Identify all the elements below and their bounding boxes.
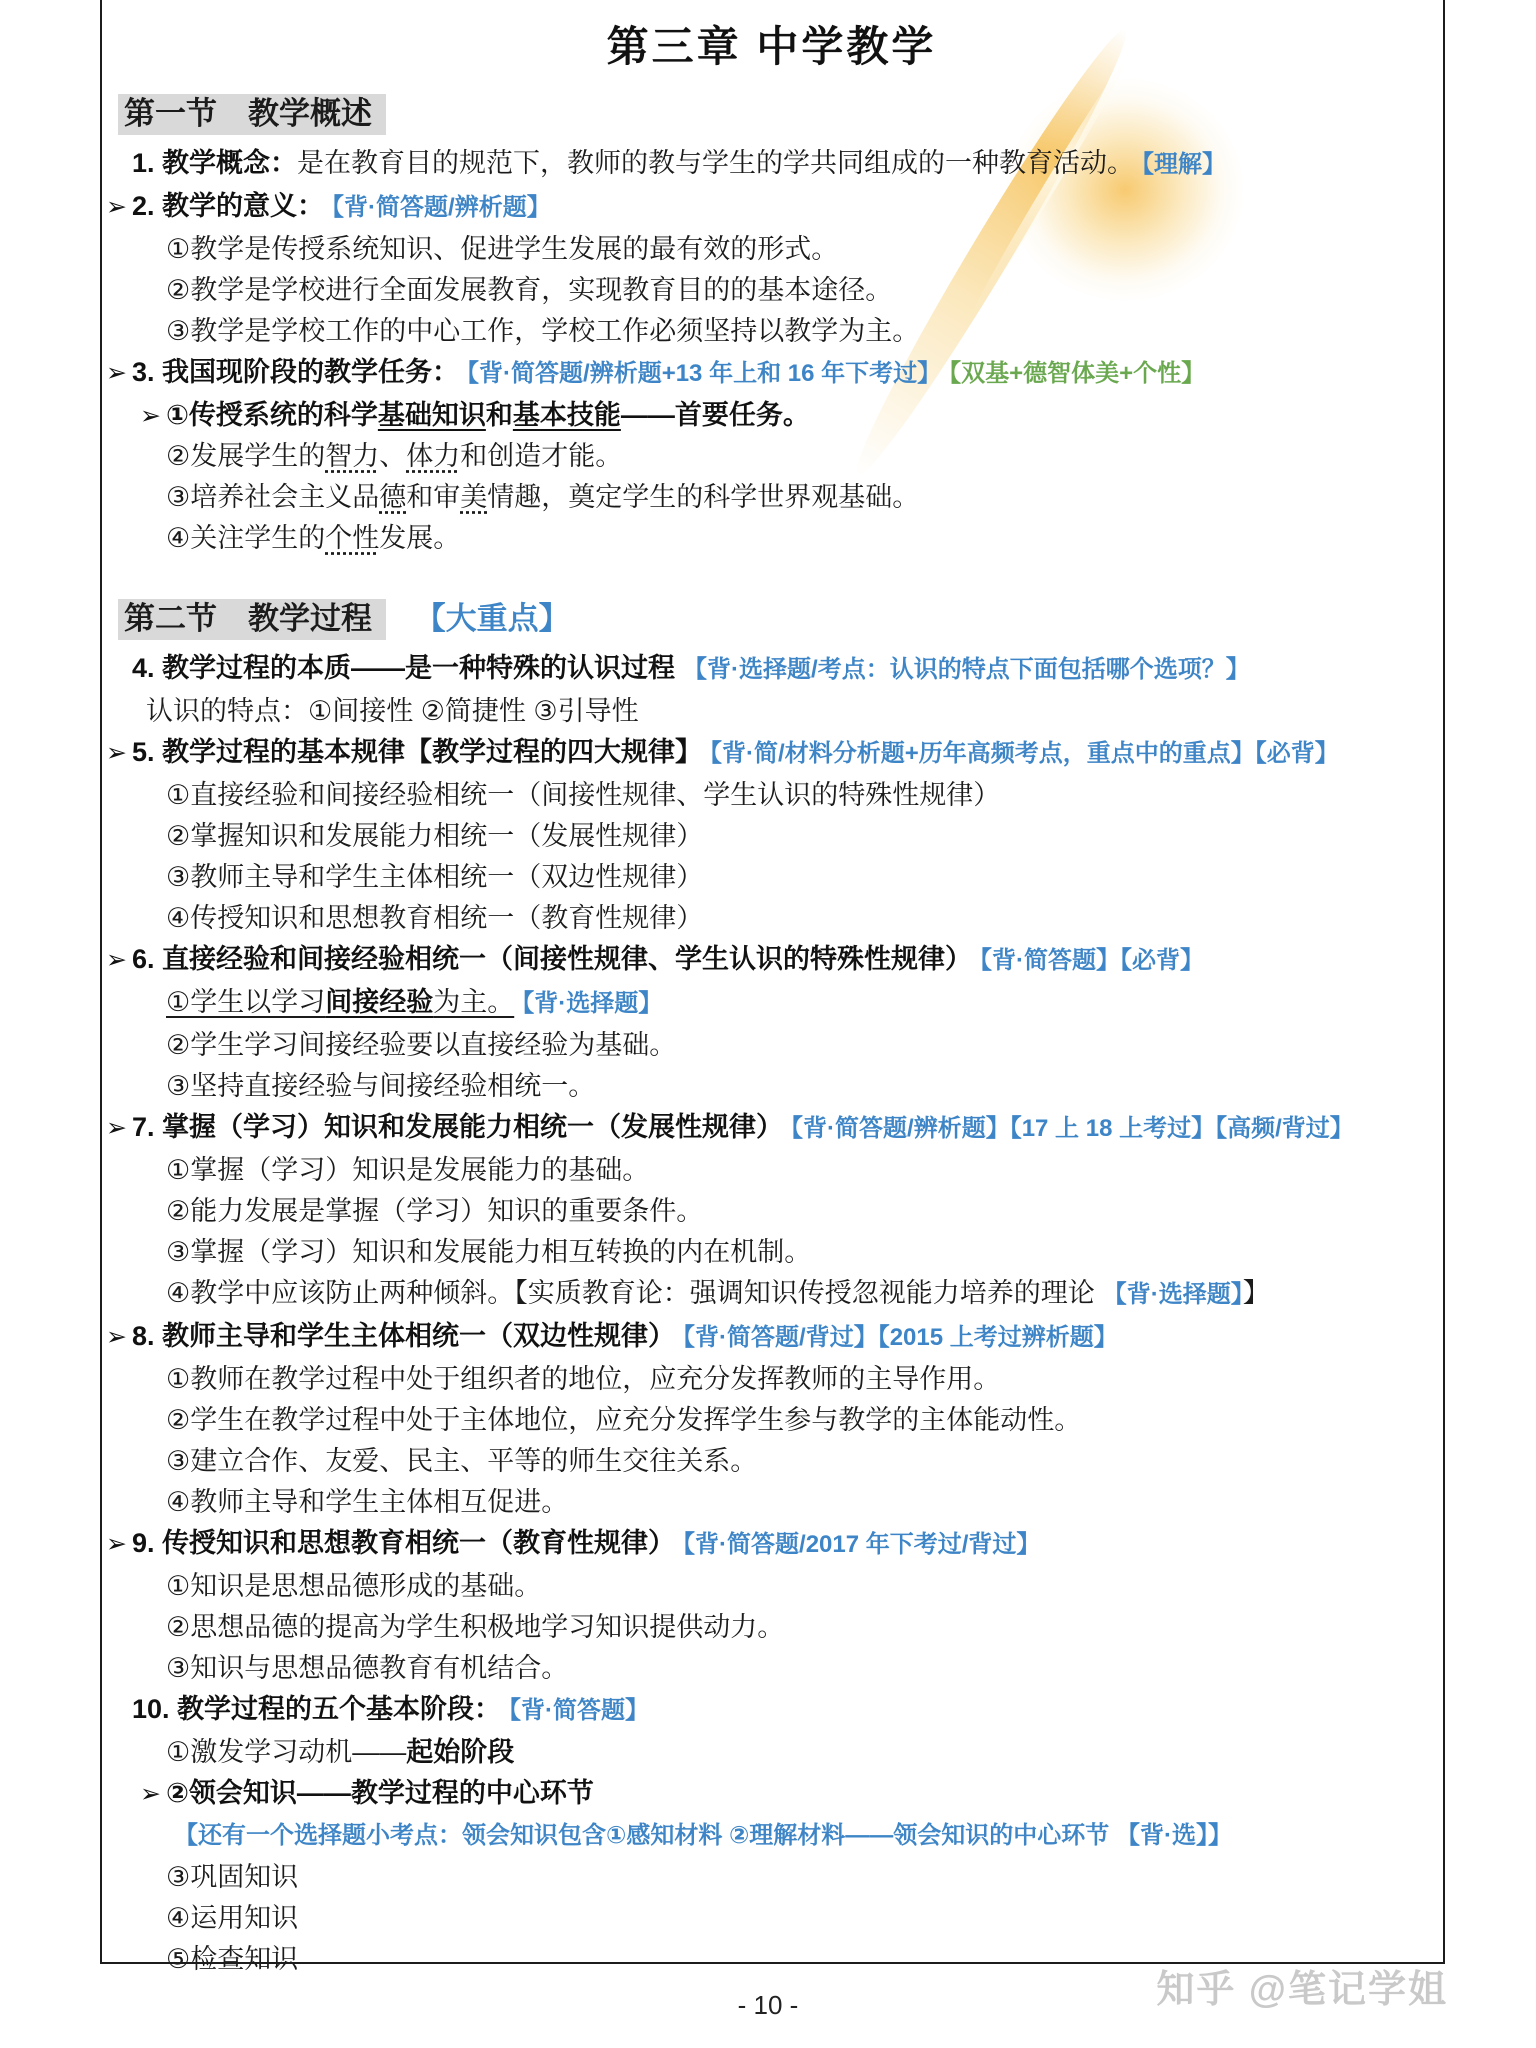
- text-segment: 【双基+德智体美+个性】: [949, 360, 1205, 387]
- content-line: ①直接经验和间接经验相统一（间接性规律、学生认识的特殊性规律）: [102, 780, 1441, 810]
- content-line: ①教师在教学过程中处于组织者的地位，应充分发挥教师的主导作用。: [102, 1364, 1441, 1394]
- text-segment: 和审: [406, 482, 460, 512]
- content-line: ①学生以学习间接经验为主。【背·选择题】: [102, 987, 1441, 1019]
- arrow-bullet-icon: ➢: [140, 401, 161, 431]
- text-segment: 体力: [406, 441, 460, 471]
- text-segment: 【背·简/材料分析题+历年高频考点，重点中的重点】【必背】: [710, 740, 1339, 767]
- text-segment: 智力: [325, 441, 379, 471]
- arrow-bullet-icon: ➢: [106, 945, 127, 975]
- text-segment: 6. 直接经验和间接经验相统一（间接性规律、学生认识的特殊性规律）: [132, 944, 972, 974]
- text-segment: 【背·简答题/背过】【2015 上考过辨析题】: [683, 1324, 1118, 1351]
- watermark: 知乎 @笔记学姐: [1156, 1958, 1448, 2013]
- text-segment: ②领会知识——教学过程的中心环节: [166, 1778, 594, 1808]
- content-line: ③坚持直接经验与间接经验相统一。: [102, 1071, 1441, 1101]
- text-segment: ④传授知识和思想教育相统一（教育性规律）: [166, 903, 703, 933]
- content-line: ①激发学习动机——起始阶段: [102, 1737, 1441, 1767]
- content-line: ②掌握知识和发展能力相统一（发展性规律）: [102, 821, 1441, 851]
- arrow-bullet-icon: ➢: [106, 738, 127, 768]
- text-segment: 2. 教学的意义：: [132, 191, 324, 221]
- arrow-bullet-icon: ➢: [106, 192, 127, 222]
- text-segment: 和: [486, 400, 513, 430]
- content-line: ②教学是学校进行全面发展教育，实现教育目的的基本途径。: [102, 275, 1441, 305]
- content-line: ③培养社会主义品德和审美情趣，奠定学生的科学世界观基础。: [102, 482, 1441, 512]
- text-segment: 10. 教学过程的五个基本阶段：: [132, 1694, 501, 1724]
- text-segment: ①教学是传授系统知识、促进学生发展的最有效的形式。: [166, 234, 838, 264]
- text-segment: 【背·简答题/辨析题】【17 上 18 上考过】【高频/背过】: [791, 1115, 1354, 1142]
- content-line: ③建立合作、友爱、民主、平等的师生交往关系。: [102, 1446, 1441, 1476]
- content-line: 4. 教学过程的本质——是一种特殊的认识过程【背·选择题/考点：认识的特点下面包…: [102, 653, 1441, 685]
- text-segment: 1. 教学概念：: [132, 148, 297, 178]
- text-segment: ③培养社会主义品: [166, 482, 379, 512]
- section-heading-note: 【大重点】: [415, 601, 570, 636]
- text-segment: ③掌握（学习）知识和发展能力相互转换的内在机制。: [166, 1237, 811, 1267]
- content-line: ①教学是传授系统知识、促进学生发展的最有效的形式。: [102, 234, 1441, 264]
- text-segment: 美: [460, 482, 487, 512]
- content-line: 【还有一个选择题小考点：领会知识包含①感知材料 ②理解材料——领会知识的中心环节…: [102, 1819, 1441, 1851]
- text-segment: 发展。: [379, 523, 460, 553]
- page-content: 第三章 中学教学 第一节 教学概述 1. 教学概念：是在教育目的规范下，教师的教…: [102, 0, 1441, 1985]
- section-heading-text: 第一节 教学概述: [118, 94, 386, 135]
- text-segment: ①知识是思想品德形成的基础。: [166, 1571, 541, 1601]
- text-segment: ③巩固知识: [166, 1862, 298, 1892]
- text-segment: ②学生在教学过程中处于主体地位，应充分发挥学生参与教学的主体能动性。: [166, 1405, 1081, 1435]
- content-line: ②学生在教学过程中处于主体地位，应充分发挥学生参与教学的主体能动性。: [102, 1405, 1441, 1435]
- text-segment: 和创造才能。: [460, 441, 622, 471]
- text-segment: 德: [379, 482, 406, 512]
- arrow-bullet-icon: ➢: [140, 1779, 161, 1809]
- section-heading: 第一节 教学概述: [118, 94, 1441, 134]
- section-heading-text: 第二节 教学过程: [118, 599, 386, 640]
- content-line: ④运用知识: [102, 1903, 1441, 1933]
- text-segment: ③建立合作、友爱、民主、平等的师生交往关系。: [166, 1446, 757, 1476]
- content-line: ➢3. 我国现阶段的教学任务：【背·简答题/辨析题+13 年上和 16 年下考过…: [102, 357, 1441, 389]
- text-segment: ②学生学习间接经验要以直接经验为基础。: [166, 1030, 676, 1060]
- text-segment: 认识的特点：①间接性 ②简捷性 ③引导性: [146, 696, 639, 726]
- text-segment: 、: [379, 441, 406, 471]
- text-segment: ②掌握知识和发展能力相统一（发展性规律）: [166, 821, 703, 851]
- text-segment: ①传授系统的科学: [166, 400, 378, 430]
- text-segment: 起始阶段: [406, 1737, 514, 1767]
- arrow-bullet-icon: ➢: [106, 358, 127, 388]
- text-segment: ①直接经验和间接经验相统一（间接性规律、学生认识的特殊性规律）: [166, 780, 1000, 810]
- content-line: ➢9. 传授知识和思想教育相统一（教育性规律）【背·简答题/2017 年下考过/…: [102, 1528, 1441, 1560]
- text-segment: ——首要任务。: [621, 400, 810, 430]
- content-line: ➢8. 教师主导和学生主体相统一（双边性规律）【背·简答题/背过】【2015 上…: [102, 1321, 1441, 1353]
- text-segment: 8. 教师主导和学生主体相统一（双边性规律）: [132, 1321, 675, 1351]
- text-segment: 【背·选择题/考点：认识的特点下面包括哪个选项？】: [683, 656, 1250, 683]
- text-segment: ①学生以学习: [166, 987, 325, 1017]
- text-segment: ②思想品德的提高为学生积极地学习知识提供动力。: [166, 1612, 784, 1642]
- content-line: ①掌握（学习）知识是发展能力的基础。: [102, 1155, 1441, 1185]
- text-segment: 【背·选择题】: [522, 990, 662, 1017]
- text-segment: 为主。: [433, 987, 514, 1017]
- text-segment: ④关注学生的: [166, 523, 325, 553]
- content-line: ➢6. 直接经验和间接经验相统一（间接性规律、学生认识的特殊性规律）【背·简答题…: [102, 944, 1441, 976]
- content-line: ③掌握（学习）知识和发展能力相互转换的内在机制。: [102, 1237, 1441, 1267]
- text-segment: 基础知识: [378, 400, 486, 430]
- text-segment: ③坚持直接经验与间接经验相统一。: [166, 1071, 595, 1101]
- content-line: ④传授知识和思想教育相统一（教育性规律）: [102, 903, 1441, 933]
- content-line: ③巩固知识: [102, 1862, 1441, 1892]
- section-teaching-overview: 第一节 教学概述 1. 教学概念：是在教育目的规范下，教师的教与学生的学共同组成…: [102, 94, 1441, 553]
- content-line: ①知识是思想品德形成的基础。: [102, 1571, 1441, 1601]
- content-line: ④教学中应该防止两种倾斜。【实质教育论：强调知识传授忽视能力培养的理论【背·选择…: [102, 1278, 1441, 1310]
- content-line: ➢7. 掌握（学习）知识和发展能力相统一（发展性规律）【背·简答题/辨析题】【1…: [102, 1112, 1441, 1144]
- text-segment: ③知识与思想品德教育有机结合。: [166, 1653, 568, 1683]
- text-segment: ⑤检查知识: [166, 1944, 298, 1974]
- chapter-title: 第三章 中学教学: [102, 14, 1441, 74]
- text-segment: 】: [1243, 1278, 1270, 1308]
- text-segment: ②发展学生的: [166, 441, 325, 471]
- text-segment: ①教师在教学过程中处于组织者的地位，应充分发挥教师的主导作用。: [166, 1364, 1000, 1394]
- content-line: ②思想品德的提高为学生积极地学习知识提供动力。: [102, 1612, 1441, 1642]
- text-segment: ③教学是学校工作的中心工作，学校工作必须坚持以教学为主。: [166, 316, 919, 346]
- content-line: ➢①传授系统的科学基础知识和基本技能——首要任务。: [102, 400, 1441, 430]
- arrow-bullet-icon: ➢: [106, 1529, 127, 1559]
- text-segment: 情趣，奠定学生的科学世界观基础。: [487, 482, 919, 512]
- text-segment: ④教师主导和学生主体相互促进。: [166, 1487, 568, 1517]
- content-line: ➢②领会知识——教学过程的中心环节: [102, 1778, 1441, 1808]
- content-line: ④关注学生的个性发展。: [102, 523, 1441, 553]
- text-segment: 3. 我国现阶段的教学任务：: [132, 357, 459, 387]
- text-segment: 7. 掌握（学习）知识和发展能力相统一（发展性规律）: [132, 1112, 783, 1142]
- content-line: ④教师主导和学生主体相互促进。: [102, 1487, 1441, 1517]
- text-segment: 【背·简答题/2017 年下考过/背过】: [683, 1531, 1040, 1558]
- text-segment: 间接经验: [325, 987, 433, 1017]
- text-segment: ①掌握（学习）知识是发展能力的基础。: [166, 1155, 649, 1185]
- text-segment: ④运用知识: [166, 1903, 298, 1933]
- text-segment: 【背·选择题】: [1103, 1281, 1243, 1308]
- arrow-bullet-icon: ➢: [106, 1322, 127, 1352]
- content-line: ③知识与思想品德教育有机结合。: [102, 1653, 1441, 1683]
- text-segment: ①激发学习动机——: [166, 1737, 406, 1767]
- content-line: 10. 教学过程的五个基本阶段：【背·简答题】: [102, 1694, 1441, 1726]
- content-line: ➢5. 教学过程的基本规律【教学过程的四大规律】【背·简/材料分析题+历年高频考…: [102, 737, 1441, 769]
- arrow-bullet-icon: ➢: [106, 1113, 127, 1143]
- text-segment: 【背·简答题/辨析题+13 年上和 16 年下考过】: [467, 360, 941, 387]
- text-segment: 【还有一个选择题小考点：领会知识包含①感知材料 ②理解材料——领会知识的中心环节…: [174, 1822, 1232, 1849]
- text-segment: 4. 教学过程的本质——是一种特殊的认识过程: [132, 653, 675, 683]
- content-line: 1. 教学概念：是在教育目的规范下，教师的教与学生的学共同组成的一种教育活动。【…: [102, 148, 1441, 180]
- section-lines: 1. 教学概念：是在教育目的规范下，教师的教与学生的学共同组成的一种教育活动。【…: [102, 148, 1441, 553]
- section-lines: 4. 教学过程的本质——是一种特殊的认识过程【背·选择题/考点：认识的特点下面包…: [102, 653, 1441, 1974]
- text-segment: 【理解】: [1142, 151, 1226, 178]
- text-segment: 个性: [325, 523, 379, 553]
- content-line: 认识的特点：①间接性 ②简捷性 ③引导性: [102, 696, 1441, 726]
- content-line: ②学生学习间接经验要以直接经验为基础。: [102, 1030, 1441, 1060]
- text-segment: 【背·简答题】【必背】: [980, 947, 1204, 974]
- text-segment: 是在教育目的规范下，教师的教与学生的学共同组成的一种教育活动。: [297, 148, 1134, 178]
- text-segment: 5. 教学过程的基本规律【教学过程的四大规律】: [132, 737, 702, 767]
- text-segment: 9. 传授知识和思想教育相统一（教育性规律）: [132, 1528, 675, 1558]
- text-segment: ③教师主导和学生主体相统一（双边性规律）: [166, 862, 703, 892]
- content-line: ②发展学生的智力、体力和创造才能。: [102, 441, 1441, 471]
- content-line: ③教师主导和学生主体相统一（双边性规律）: [102, 862, 1441, 892]
- text-segment: 【背·简答题】: [509, 1697, 649, 1724]
- content-line: ③教学是学校工作的中心工作，学校工作必须坚持以教学为主。: [102, 316, 1441, 346]
- text-segment: ②能力发展是掌握（学习）知识的重要条件。: [166, 1196, 703, 1226]
- section-teaching-process: 第二节 教学过程 【大重点】 4. 教学过程的本质——是一种特殊的认识过程【背·…: [102, 599, 1441, 1974]
- text-segment: 基本技能: [513, 400, 621, 430]
- text-segment: ④教学中应该防止两种倾斜。【实质教育论：强调知识传授忽视能力培养的理论: [166, 1278, 1095, 1308]
- content-line: ②能力发展是掌握（学习）知识的重要条件。: [102, 1196, 1441, 1226]
- content-line: ➢2. 教学的意义：【背·简答题/辨析题】: [102, 191, 1441, 223]
- text-segment: 【背·简答题/辨析题】: [332, 194, 551, 221]
- text-segment: ②教学是学校进行全面发展教育，实现教育目的的基本途径。: [166, 275, 892, 305]
- section-heading: 第二节 教学过程 【大重点】: [118, 599, 1441, 639]
